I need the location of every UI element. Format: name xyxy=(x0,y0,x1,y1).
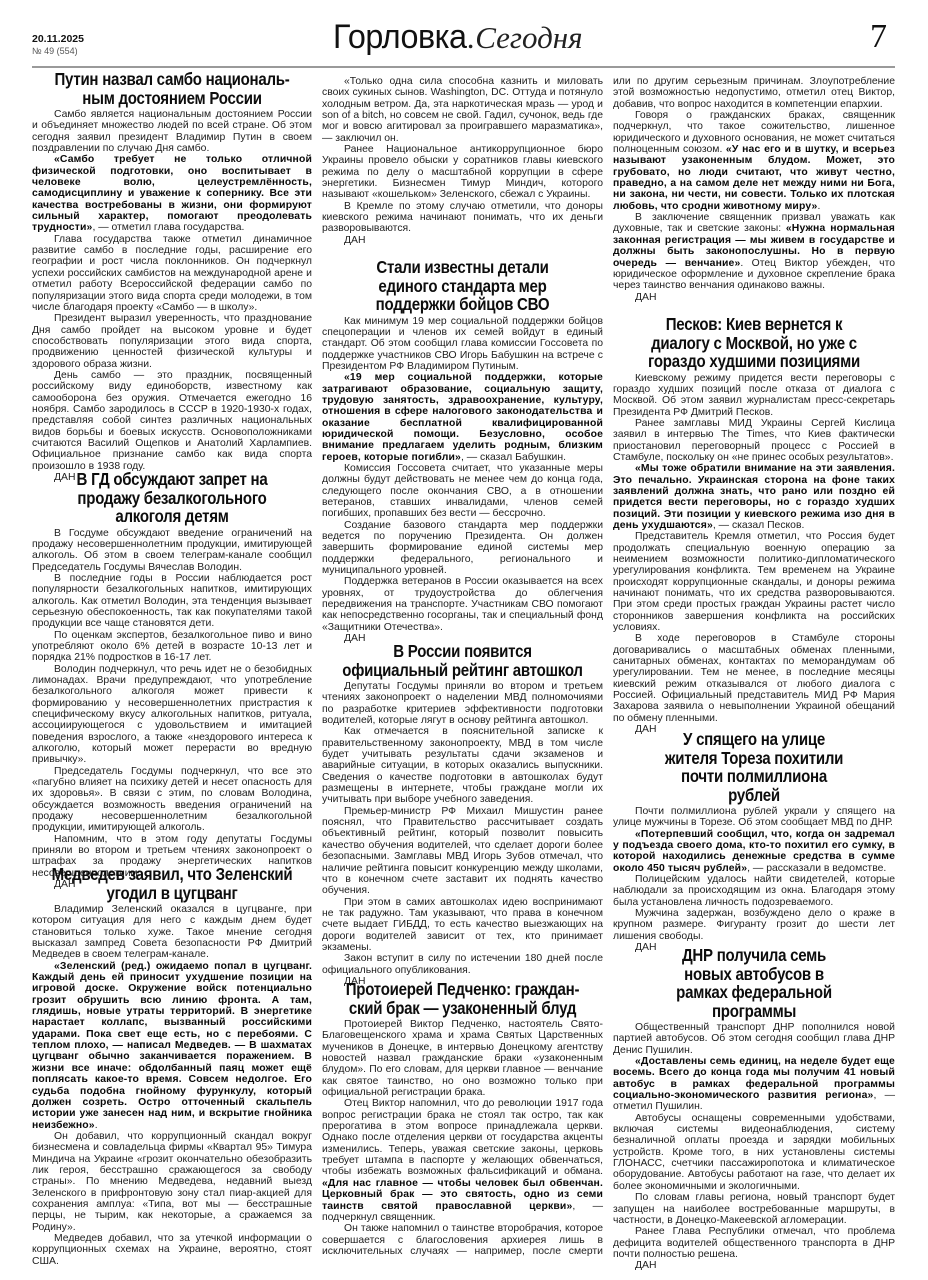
paragraph: В Кремле по этому случаю отметили, что д… xyxy=(322,201,603,235)
masthead: Горловка.Сегодня xyxy=(333,18,583,68)
paragraph: Премьер-министр РФ Михаил Мишустин ранее… xyxy=(322,806,603,897)
paragraph: Говоря о гражданских браках, священник п… xyxy=(613,110,895,212)
article-torez-theft: У спящего на улице жителя Тореза похитил… xyxy=(613,730,895,953)
signature: ДАН xyxy=(322,235,603,246)
signature: ДАН xyxy=(613,292,895,303)
paragraph-text: Отец Виктор напомнил, что до революции 1… xyxy=(322,1098,603,1177)
paragraph: Представитель Кремля отметил, что Россия… xyxy=(613,531,895,633)
paragraph: Глава государства также отметил динамичн… xyxy=(32,234,312,313)
paragraph: «Потерпевший сообщил, что, когда он задр… xyxy=(613,829,895,874)
headline: Медведев заявил, что Зеленский угодил в … xyxy=(52,865,293,902)
paragraph: Володин подчеркнул, что речь идет не о б… xyxy=(32,664,312,766)
paragraph: Он добавил, что коррупционный скандал во… xyxy=(32,1131,312,1233)
paragraph: По словам главы региона, новый транспорт… xyxy=(613,1192,895,1226)
article-medvedev: Медведев заявил, что Зеленский угодил в … xyxy=(32,865,312,1267)
paragraph: Он также напомнил о таинстве второбрачия… xyxy=(322,1223,603,1257)
paragraph: Комиссия Госсовета считает, что указанны… xyxy=(322,463,603,520)
paragraph: «Только одна сила способна казнить и мил… xyxy=(322,76,603,144)
page-number: 7 xyxy=(870,18,887,56)
paragraph: Киевскому режиму придется вести перегово… xyxy=(613,373,895,418)
paragraph: По оценкам экспертов, безалкогольное пив… xyxy=(32,630,312,664)
article-svo-standard: Стали известны детали единого стандарта … xyxy=(322,258,603,644)
article-sambo: Путин назвал самбо националь-ным достоян… xyxy=(32,70,312,483)
quote-attribution: , — рассказали в ведомстве. xyxy=(747,863,886,874)
paragraph: Общественный транспорт ДНР пополнился но… xyxy=(613,1022,895,1056)
quote: «У нас его и в шутку, и всерьез называют… xyxy=(613,144,895,212)
signature: ДАН xyxy=(613,1260,895,1271)
paragraph: Ранее Национальное антикоррупционное бюр… xyxy=(322,144,603,201)
article-peskov: Песков: Киев вернется к диалогу с Москво… xyxy=(613,315,895,736)
paragraph: При этом в самих автошколах идею восприн… xyxy=(322,897,603,954)
paragraph: Отец Виктор напомнил, что до революции 1… xyxy=(322,1098,603,1223)
paragraph: Как минимум 19 мер социальной поддержки … xyxy=(322,316,603,373)
article-pedchenko-continued: или по другим серьезным причинам. Злоупо… xyxy=(613,76,895,303)
article-gd-alcohol: В ГД обсуждают запрет на продажу безалко… xyxy=(32,470,312,891)
paragraph: Поддержка ветеранов в России оказывается… xyxy=(322,576,603,633)
article-dnr-buses: ДНР получила семь новых автобусов в рамк… xyxy=(613,946,895,1272)
quote: «Зеленский (ред.) ожидаемо попал в цугцв… xyxy=(32,961,312,1131)
paragraph: В ходе переговоров в Стамбуле стороны до… xyxy=(613,633,895,724)
paragraph: Председатель Госдумы подчеркнул, что все… xyxy=(32,766,312,834)
paragraph: «Зеленский (ред.) ожидаемо попал в цугцв… xyxy=(32,961,312,1131)
paragraph: В последние годы в России наблюдается ро… xyxy=(32,573,312,630)
paragraph: В Госдуме обсуждают введение ограничений… xyxy=(32,528,312,573)
quote: «Для нас главное — чтобы человек был обв… xyxy=(322,1178,603,1212)
headline: ДНР получила семь новых автобусов в рамк… xyxy=(633,946,876,1020)
quote-attribution: , — сказал Песков. xyxy=(713,520,804,531)
paragraph: «19 мер социальной поддержки, которые за… xyxy=(322,372,603,463)
quote-tail: . xyxy=(95,1120,98,1131)
paragraph: или по другим серьезным причинам. Злоупо… xyxy=(613,76,895,110)
paragraph: Депутаты Госдумы приняли во втором и тре… xyxy=(322,681,603,726)
quote-attribution: , — сказал Бабушкин. xyxy=(461,452,566,463)
paragraph: «Доставлены семь единиц, на неделе будет… xyxy=(613,1056,895,1113)
paragraph: Протоиерей Виктор Педченко, настоятель С… xyxy=(322,1019,603,1098)
paragraph: «Мы тоже обратили внимание на эти заявле… xyxy=(613,463,895,531)
paragraph: Самбо является национальным достоянием Р… xyxy=(32,109,312,154)
header-rule xyxy=(32,66,895,68)
paragraph: Медведев добавил, что за утечкой информа… xyxy=(32,1233,312,1267)
headline: У спящего на улице жителя Тореза похитил… xyxy=(633,730,876,804)
masthead-title: Горловка xyxy=(333,18,467,57)
article-pedchenko: Протоиерей Педченко: граждан-ский брак —… xyxy=(322,980,603,1257)
paragraph: Закон вступит в силу по истечении 180 дн… xyxy=(322,953,603,976)
paragraph: Создание базового стандарта мер поддержк… xyxy=(322,520,603,577)
headline: Протоиерей Педченко: граждан-ский брак —… xyxy=(342,980,584,1017)
quote: «Доставлены семь единиц, на неделе будет… xyxy=(613,1056,895,1101)
issue-number: № 49 (554) xyxy=(32,46,78,56)
paragraph: День самбо — это праздник, посвященный р… xyxy=(32,370,312,472)
headline: Песков: Киев вернется к диалогу с Москво… xyxy=(633,315,876,371)
paragraph: Владимир Зеленский оказался в цугцванге,… xyxy=(32,904,312,961)
paragraph: В заключение священник призвал уважать к… xyxy=(613,212,895,291)
headline: Стали известны детали единого стандарта … xyxy=(342,258,584,314)
paragraph: Ранее Глава Республики отмечал, что проб… xyxy=(613,1226,895,1260)
quote-attribution: , — отметил глава государства. xyxy=(92,222,244,233)
headline: В ГД обсуждают запрет на продажу безалко… xyxy=(52,470,293,526)
masthead-subtitle: .Сегодня xyxy=(468,20,583,56)
article-driving-schools: В России появится официальный рейтинг ав… xyxy=(322,642,603,987)
paragraph: Как отмечается в пояснительной записке к… xyxy=(322,726,603,805)
article-medvedev-continued: «Только одна сила способна казнить и мил… xyxy=(322,76,603,246)
headline: Путин назвал самбо националь-ным достоян… xyxy=(52,70,293,107)
paragraph: Полицейским удалось найти свидетелей, ко… xyxy=(613,874,895,908)
issue-date: 20.11.2025 xyxy=(32,33,84,45)
headline: В России появится официальный рейтинг ав… xyxy=(342,642,584,679)
paragraph: Почти полмиллиона рублей украли у спящег… xyxy=(613,806,895,829)
paragraph: Ранее замглавы МИД Украины Сергей Кислиц… xyxy=(613,418,895,463)
quote-tail: . xyxy=(817,201,820,212)
quote: «19 мер социальной поддержки, которые за… xyxy=(322,372,603,462)
paragraph: Автобусы оснащены современными удобствам… xyxy=(613,1113,895,1192)
paragraph: Мужчина задержан, возбуждено дело о краж… xyxy=(613,908,895,942)
paragraph: Президент выразил уверенность, что празд… xyxy=(32,313,312,370)
paragraph: «Самбо требует не только отличной физиче… xyxy=(32,154,312,233)
